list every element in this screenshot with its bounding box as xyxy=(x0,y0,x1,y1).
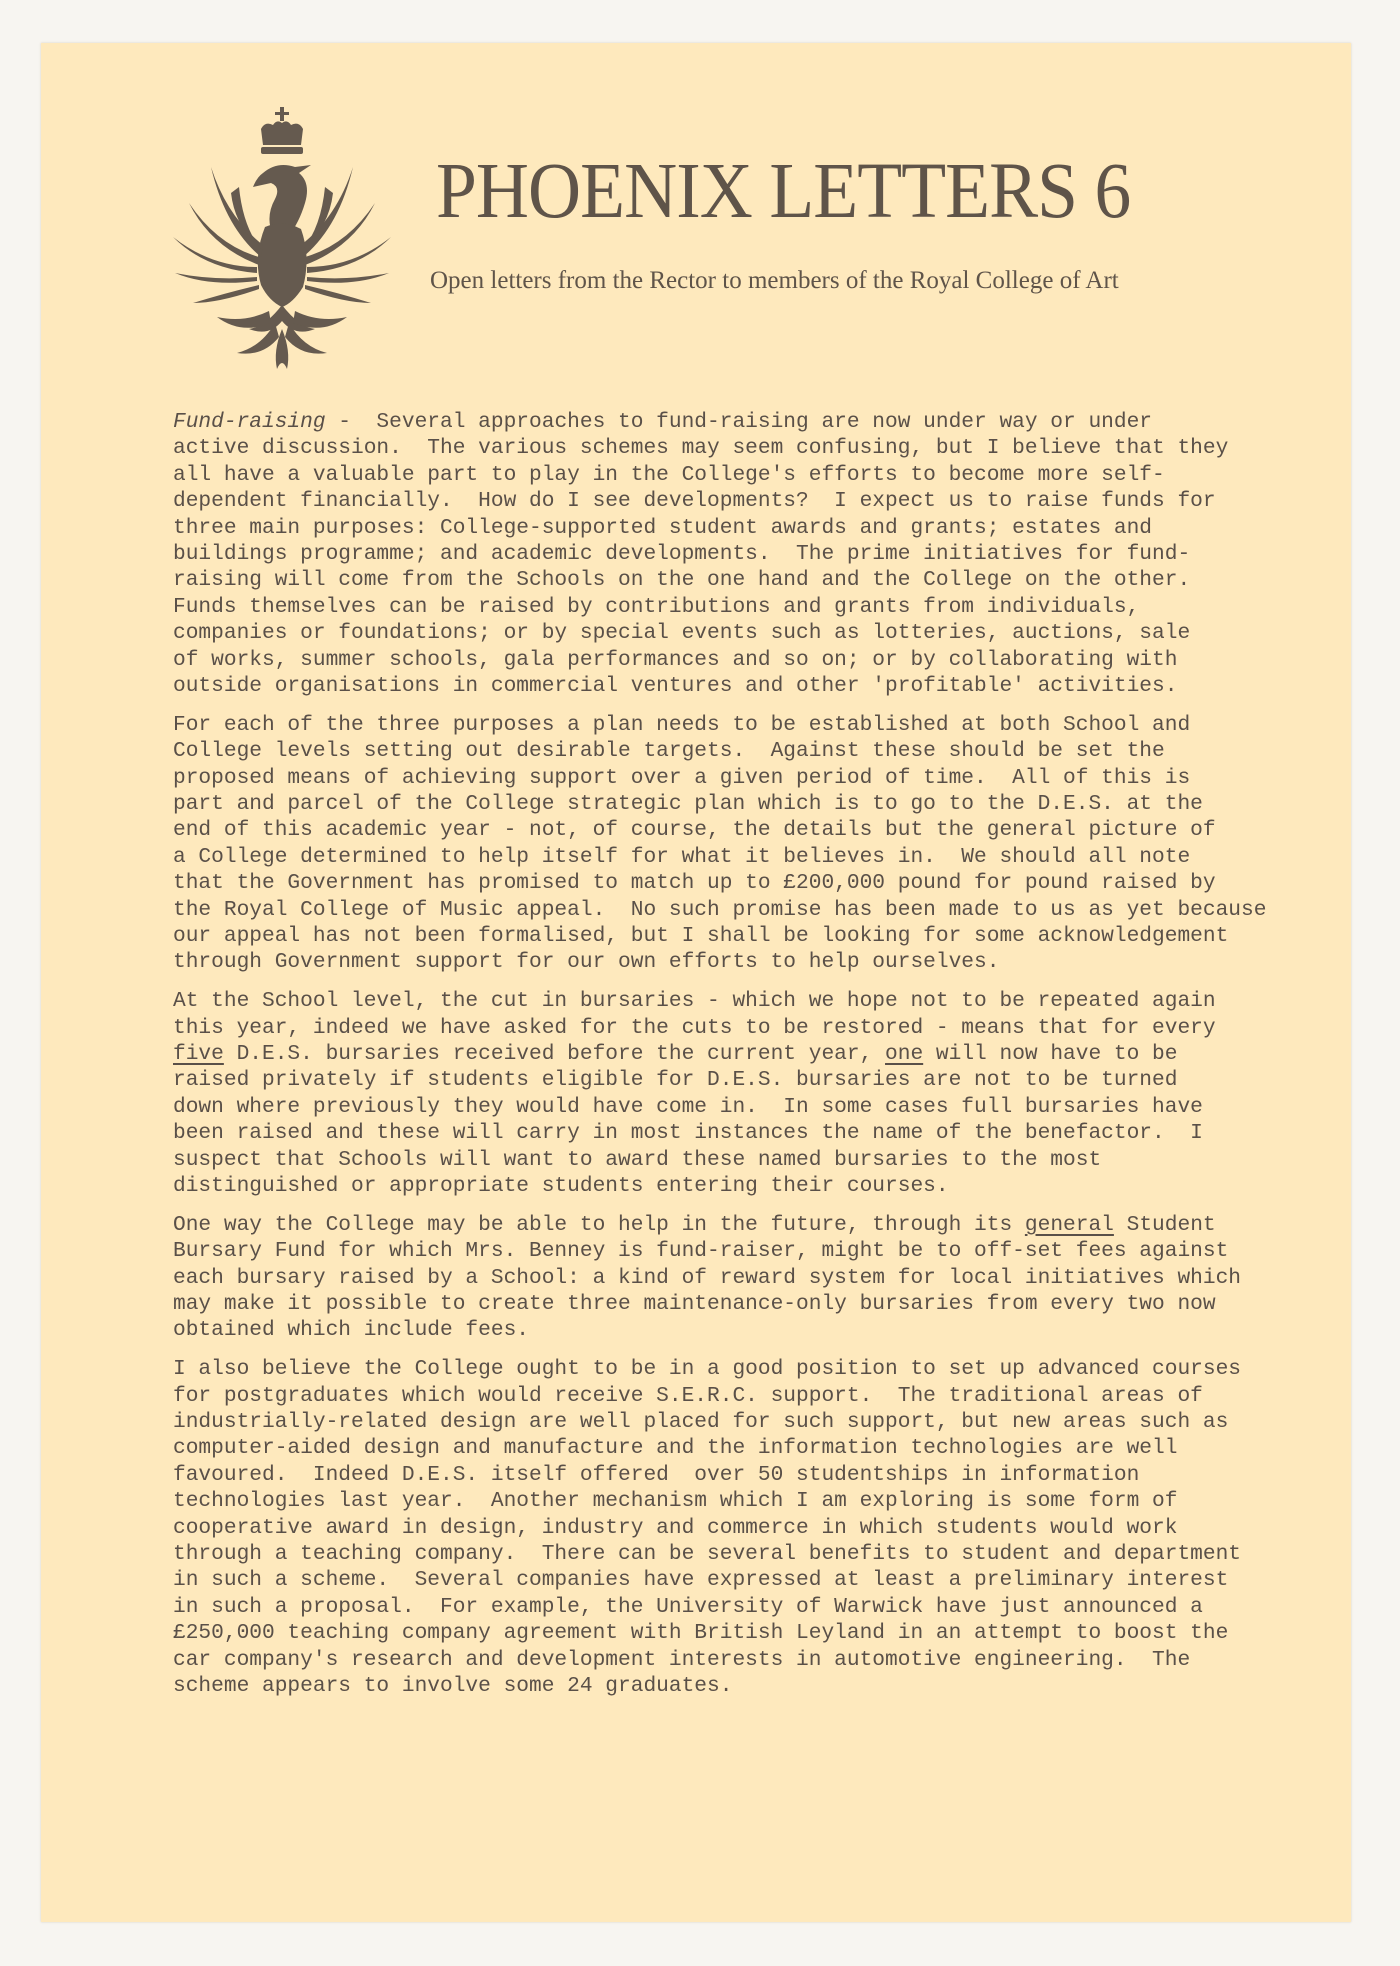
text-line: through a teaching company. There can be… xyxy=(173,1541,1266,1567)
letter-body: Fund-raising - Several approaches to fun… xyxy=(173,409,1266,1712)
paragraph-fund-raising: Fund-raising - Several approaches to fun… xyxy=(173,409,1266,699)
text-line: £250,000 teaching company agreement with… xyxy=(173,1620,1266,1646)
text-line: industrially-related design are well pla… xyxy=(173,1409,1266,1435)
text-line: in such a proposal. For example, the Uni… xyxy=(173,1594,1266,1620)
text-line: I also believe the College ought to be i… xyxy=(173,1356,1266,1382)
text-line: One way the College may be able to help … xyxy=(173,1212,1266,1238)
text-line: five D.E.S. bursaries received before th… xyxy=(173,1041,1266,1067)
text-line: our appeal has not been formalised, but … xyxy=(173,923,1266,949)
text-line: suspect that Schools will want to award … xyxy=(173,1147,1266,1173)
text-line: At the School level, the cut in bursarie… xyxy=(173,988,1266,1014)
paragraph-bursaries: At the School level, the cut in bursarie… xyxy=(173,988,1266,1199)
text-line: in such a scheme. Several companies have… xyxy=(173,1567,1266,1593)
text-line: each bursary raised by a School: a kind … xyxy=(173,1265,1266,1291)
text-line: for postgraduates which would receive S.… xyxy=(173,1383,1266,1409)
text-line-part: will now have to be xyxy=(923,1042,1177,1066)
section-lead-in: Fund-raising xyxy=(173,410,326,434)
page-subtitle: Open letters from the Rector to members … xyxy=(430,268,1119,293)
page-title: PHOENIX LETTERS 6 xyxy=(436,152,1130,231)
underlined-word: one xyxy=(885,1042,923,1066)
phoenix-crown-crest-icon xyxy=(165,107,400,369)
text-line: favoured. Indeed D.E.S. itself offered o… xyxy=(173,1462,1266,1488)
text-line: raising will come from the Schools on th… xyxy=(173,567,1266,593)
text-line: proposed means of achieving support over… xyxy=(173,765,1266,791)
text-line: computer-aided design and manufacture an… xyxy=(173,1435,1266,1461)
text-line: buildings programme; and academic develo… xyxy=(173,541,1266,567)
text-line-part: One way the College may be able to help … xyxy=(173,1213,1025,1237)
text-line: dependent financially. How do I see deve… xyxy=(173,488,1266,514)
text-line: active discussion. The various schemes m… xyxy=(173,435,1266,461)
text-line: of works, summer schools, gala performan… xyxy=(173,647,1266,673)
text-line: Funds themselves can be raised by contri… xyxy=(173,594,1266,620)
text-line: end of this academic year - not, of cour… xyxy=(173,817,1266,843)
text-line: Fund-raising - Several approaches to fun… xyxy=(173,409,1266,435)
text-line-part: Student xyxy=(1114,1213,1216,1237)
text-line: cooperative award in design, industry an… xyxy=(173,1515,1266,1541)
underlined-word: general xyxy=(1025,1213,1114,1237)
text-line: through Government support for our own e… xyxy=(173,949,1266,975)
text-line: outside organisations in commercial vent… xyxy=(173,673,1266,699)
text-line: been raised and these will carry in most… xyxy=(173,1120,1266,1146)
text-line: all have a valuable part to play in the … xyxy=(173,462,1266,488)
text-line: obtained which include fees. xyxy=(173,1317,1266,1343)
text-line: technologies last year. Another mechanis… xyxy=(173,1488,1266,1514)
text-line: car company's research and development i… xyxy=(173,1647,1266,1673)
text-line: this year, indeed we have asked for the … xyxy=(173,1015,1266,1041)
paragraph-advanced-courses: I also believe the College ought to be i… xyxy=(173,1356,1266,1699)
text-line: down where previously they would have co… xyxy=(173,1094,1266,1120)
text-line: College levels setting out desirable tar… xyxy=(173,738,1266,764)
text-line: a College determined to help itself for … xyxy=(173,844,1266,870)
text-line-part: D.E.S. bursaries received before the cur… xyxy=(224,1042,885,1066)
text-line: that the Government has promised to matc… xyxy=(173,870,1266,896)
text-line: the Royal College of Music appeal. No su… xyxy=(173,897,1266,923)
text-line: raised privately if students eligible fo… xyxy=(173,1067,1266,1093)
text-line: part and parcel of the College strategic… xyxy=(173,791,1266,817)
text-line: For each of the three purposes a plan ne… xyxy=(173,712,1266,738)
underlined-word: five xyxy=(173,1042,224,1066)
text-line: scheme appears to involve some 24 gradua… xyxy=(173,1673,1266,1699)
text-line: companies or foundations; or by special … xyxy=(173,620,1266,646)
paragraph-strategic-plan: For each of the three purposes a plan ne… xyxy=(173,712,1266,976)
text-line: may make it possible to create three mai… xyxy=(173,1291,1266,1317)
text-line: distinguished or appropriate students en… xyxy=(173,1173,1266,1199)
text-line-part: - Several approaches to fund-raising are… xyxy=(326,410,1152,434)
paragraph-student-bursary-fund: One way the College may be able to help … xyxy=(173,1212,1266,1344)
text-line: Bursary Fund for which Mrs. Benney is fu… xyxy=(173,1238,1266,1264)
text-line: three main purposes: College-supported s… xyxy=(173,515,1266,541)
